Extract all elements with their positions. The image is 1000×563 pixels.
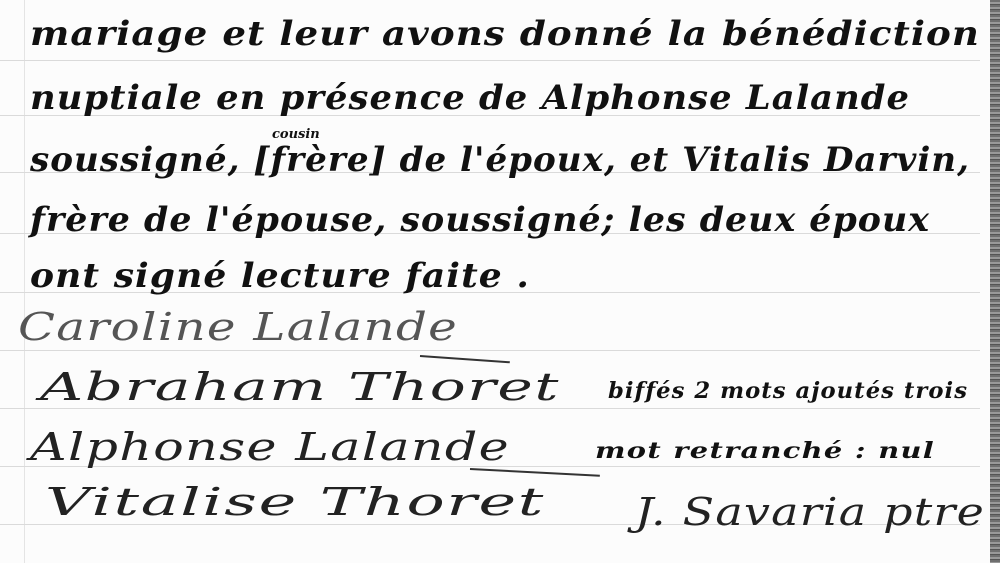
register-page: mariage et leur avons donné la bénédicti… xyxy=(0,0,1000,563)
body-line-3-text: soussigné, [frère] de l'époux, et Vitali… xyxy=(30,140,970,180)
signature-vitalise-thoret: Vitalise Thoret xyxy=(45,480,545,524)
margin-rule xyxy=(24,0,25,563)
body-line-5: ont signé lecture faite . xyxy=(30,256,530,296)
body-line-3: soussigné, [frère] de l'époux, et Vitali… xyxy=(30,140,970,180)
signature-priest-savaria: J. Savaria ptre xyxy=(635,490,985,534)
signature-alphonse-lalande: Alphonse Lalande xyxy=(30,425,510,469)
signature-caroline-lalande: Caroline Lalande xyxy=(18,305,458,349)
scan-edge xyxy=(990,0,1000,563)
signature-abraham-thoret: Abraham Thoret xyxy=(40,365,560,409)
margin-note-line-2: mot retranché : nul xyxy=(595,438,935,464)
rule-line xyxy=(0,60,980,61)
margin-note-line-1: biffés 2 mots ajoutés trois xyxy=(608,378,968,404)
body-line-4: frère de l'épouse, soussigné; les deux é… xyxy=(30,200,930,240)
body-line-2: nuptiale en présence de Alphonse Lalande xyxy=(30,78,910,118)
rule-line xyxy=(0,350,980,351)
signature-flourish xyxy=(470,468,600,477)
body-line-1: mariage et leur avons donné la bénédicti… xyxy=(30,14,980,54)
signature-flourish xyxy=(420,355,510,363)
